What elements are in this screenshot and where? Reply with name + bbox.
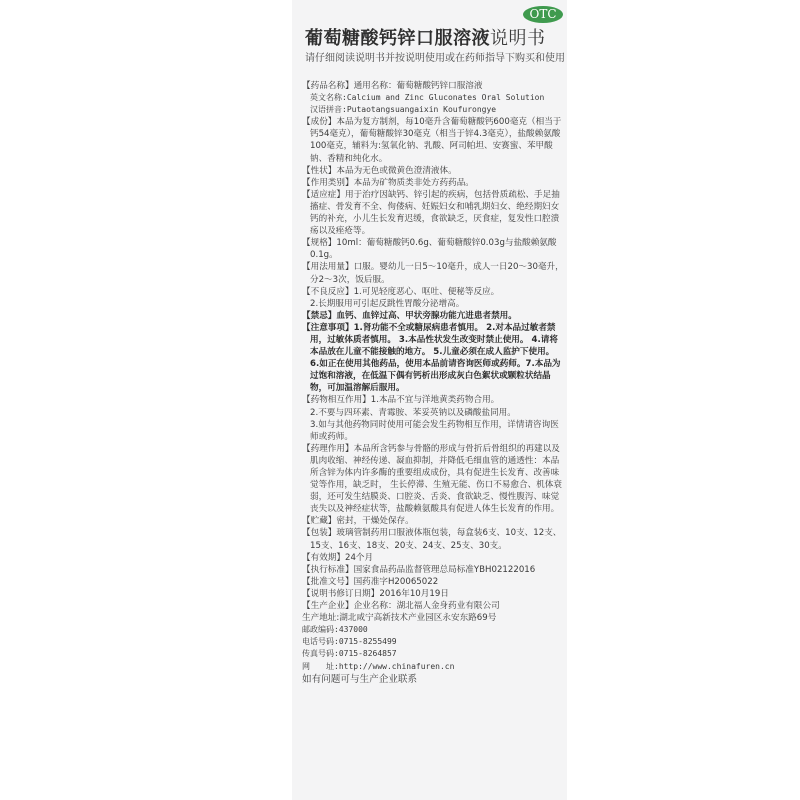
- section-revision-date: 【说明书修订日期】2016年10月19日: [302, 588, 564, 600]
- fax: 传真号码:0715-8264857: [302, 648, 564, 660]
- section-packaging: 【包装】玻璃管制药用口服液体瓶包装，每盒装6支、10支、12支、15支、16支、…: [302, 527, 564, 551]
- manufacturer-seal-name: 湖北福人金身药业有限公司: [397, 601, 500, 611]
- section-manufacturer: 【生产企业】企业名称：湖北福人金身药业有限公司: [302, 600, 564, 612]
- english-name: 英文名称:Calcium and Zinc Gluconates Oral So…: [302, 92, 564, 104]
- title-main: 葡萄糖酸钙锌口服溶液: [305, 28, 490, 49]
- section-contraindications: 【禁忌】血钙、血锌过高、甲状旁腺功能亢进患者禁用。: [302, 310, 564, 322]
- website-link[interactable]: http://www.chinafuren.cn: [339, 662, 455, 671]
- section-indications: 【适应症】用于治疗因缺钙、锌引起的疾病，包括骨质疏松、手足抽搐症、骨发育不全、佝…: [302, 189, 564, 237]
- section-interactions: 【药物相互作用】1.本品不宜与洋地黄类药物合用。: [302, 394, 564, 406]
- title-suffix: 说明书: [490, 28, 546, 49]
- section-standard: 【执行标准】国家食品药品监督管理总局标准YBH02122016: [302, 564, 564, 576]
- pinyin-name: 汉语拼音:Putaotangsuangaixin Koufurongye: [302, 104, 564, 116]
- otc-badge: OTC: [523, 6, 563, 23]
- document-title: 葡萄糖酸钙锌口服溶液说明书: [305, 24, 546, 50]
- section-appearance: 【性状】本品为无色或微黄色澄清液体。: [302, 165, 564, 177]
- interaction-item: 2.不要与四环素、青霉胺、苯妥英钠以及磷酸盐同用。: [302, 407, 564, 419]
- postcode: 邮政编码:437000: [302, 624, 564, 636]
- document-subtitle: 请仔细阅读说明书并按说明使用或在药师指导下购买和使用: [305, 49, 565, 64]
- section-drug-name: 【药品名称】通用名称：葡萄糖酸钙锌口服溶液: [302, 80, 564, 92]
- interaction-item: 3.如与其他药物同时使用可能会发生药物相互作用，详情请咨询医师或药师。: [302, 419, 564, 443]
- section-dosage: 【用法用量】口服。婴幼儿一日5～10毫升，成人一日20～30毫升，分2～3次，饭…: [302, 261, 564, 285]
- address: 生产地址:湖北咸宁高新技术产业园区永安东路69号: [302, 612, 564, 624]
- section-storage: 【贮藏】密封，干燥处保存。: [302, 515, 564, 527]
- section-precautions: 【注意事项】1.肾功能不全或糖尿病患者慎用。 2.对本品过敏者禁用，过敏体质者慎…: [302, 322, 564, 395]
- section-pharmacology: 【药理作用】本品所含钙参与骨骼的形成与骨折后骨组织的再建以及肌肉收缩、神经传递、…: [302, 443, 564, 516]
- section-adverse: 【不良反应】1.可见轻度恶心、呕吐、便秘等反应。: [302, 286, 564, 298]
- section-approval: 【批准文号】国药准字H20065022: [302, 576, 564, 588]
- website: 网 址:http://www.chinafuren.cn: [302, 661, 564, 673]
- section-specification: 【规格】10ml：葡萄糖酸钙0.6g、葡萄糖酸锌0.03g与盐酸赖氨酸0.1g。: [302, 237, 564, 261]
- section-validity: 【有效期】24个月: [302, 552, 564, 564]
- section-category: 【作用类别】本品为矿物质类非处方药药品。: [302, 177, 564, 189]
- contact-footer: 如有问题可与生产企业联系: [302, 674, 564, 686]
- phone: 电话号码:0715-8255499: [302, 636, 564, 648]
- leaflet-body: 【药品名称】通用名称：葡萄糖酸钙锌口服溶液 英文名称:Calcium and Z…: [302, 80, 564, 686]
- section-composition: 【成份】本品为复方制剂，每10毫升含葡萄糖酸钙600毫克（相当于钙54毫克），葡…: [302, 116, 564, 164]
- adverse-item: 2.长期服用可引起反跳性胃酸分泌增高。: [302, 298, 564, 310]
